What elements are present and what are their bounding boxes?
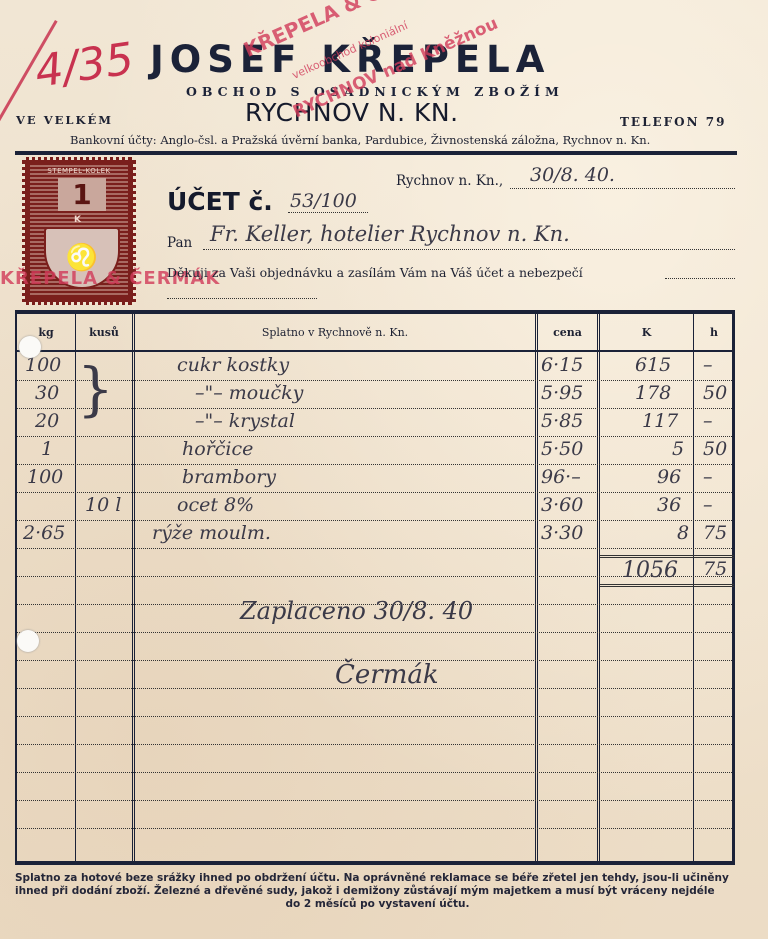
row-2-kg: 20 xyxy=(35,410,59,432)
invoice-number: 53/100 xyxy=(290,190,357,212)
punch-hole xyxy=(19,336,41,358)
items-table: kg kusů Splatno v Rychnově n. Kn. cena K… xyxy=(15,310,735,865)
row-rule xyxy=(17,380,732,381)
row-4-price: 96·– xyxy=(541,466,581,488)
invoice-number-line xyxy=(288,212,368,213)
row-2-price: 5·85 xyxy=(541,410,583,432)
row-4-haler: – xyxy=(703,466,713,488)
stamp-value: 1 xyxy=(58,178,106,211)
row-0-haler: – xyxy=(703,354,713,376)
row-1-haler: 50 xyxy=(703,382,727,404)
row-4-desc: brambory xyxy=(182,466,276,488)
row-rule xyxy=(17,632,732,633)
row-1-price: 5·95 xyxy=(541,382,583,404)
row-3-price: 5·50 xyxy=(541,438,583,460)
row-4-kg: 100 xyxy=(27,466,63,488)
header-rule xyxy=(17,350,732,352)
customer-name: Fr. Keller, hotelier Rychnov n. Kn. xyxy=(210,222,570,246)
total-haler: 75 xyxy=(703,558,727,580)
header-price: cena xyxy=(538,326,597,339)
row-2-koruna: 117 xyxy=(642,410,678,432)
date-line xyxy=(510,188,735,189)
terms-line-3: do 2 měsíců po vystavení účtu. xyxy=(15,898,740,911)
row-1-kg: 30 xyxy=(35,382,59,404)
total-rule xyxy=(600,584,734,587)
header-description: Splatno v Rychnově n. Kn. xyxy=(135,326,535,339)
phone-number: TELEFON 79 xyxy=(620,115,726,129)
row-4-koruna: 96 xyxy=(657,466,681,488)
header-koruna: K xyxy=(600,326,693,339)
bank-accounts: Bankovní účty: Anglo-čsl. a Pražská úvěr… xyxy=(70,133,650,147)
row-5-kusu: 10 l xyxy=(85,494,121,516)
stamp-unit: K xyxy=(74,215,81,225)
row-2-haler: – xyxy=(703,410,713,432)
row-rule xyxy=(17,548,732,549)
row-rule xyxy=(17,828,732,829)
row-5-haler: – xyxy=(703,494,713,516)
row-1-koruna: 178 xyxy=(635,382,671,404)
place-label: Rychnov n. Kn., xyxy=(396,173,503,189)
row-6-price: 3·30 xyxy=(541,522,583,544)
row-6-haler: 75 xyxy=(703,522,727,544)
col-divider-cena xyxy=(597,314,600,861)
row-rule xyxy=(17,464,732,465)
row-3-haler: 50 xyxy=(703,438,727,460)
row-5-koruna: 36 xyxy=(657,494,681,516)
row-rule xyxy=(17,716,732,717)
terms-line-2: ihned při dodání zboží. Železné a dřevěn… xyxy=(15,885,740,898)
row-0-desc: cukr kostky xyxy=(177,354,289,376)
row-rule xyxy=(17,744,732,745)
row-2-desc: –"– krystal xyxy=(195,410,295,432)
thanks-line-2 xyxy=(167,298,317,299)
col-divider-desc xyxy=(535,314,538,861)
row-1-desc: –"– moučky xyxy=(195,382,303,404)
row-0-price: 6·15 xyxy=(541,354,583,376)
payment-note: Zaplaceno 30/8. 40 xyxy=(240,597,473,625)
thanks-text: Děkuji za Vaši objednávku a zasílám Vám … xyxy=(167,265,583,280)
header-kusu: kusů xyxy=(75,326,133,339)
row-5-price: 3·60 xyxy=(541,494,583,516)
row-6-kg: 2·65 xyxy=(23,522,65,544)
row-3-desc: hořčice xyxy=(182,438,253,460)
header-haler: h xyxy=(694,326,734,339)
row-6-koruna: 8 xyxy=(677,522,689,544)
wholesale-label: VE VELKÉM xyxy=(16,113,113,127)
invoice-title: ÚČET č. xyxy=(167,187,273,216)
row-rule xyxy=(17,408,732,409)
row-rule xyxy=(17,436,732,437)
signature: Čermák xyxy=(335,660,439,690)
brace-mark: } xyxy=(77,360,114,418)
col-divider-kg xyxy=(75,314,76,861)
customer-line xyxy=(203,249,735,250)
row-rule xyxy=(17,800,732,801)
row-rule xyxy=(17,520,732,521)
header-divider xyxy=(15,151,737,155)
payment-terms: Splatno za hotové beze srážky ihned po o… xyxy=(15,872,740,911)
terms-line-1: Splatno za hotové beze srážky ihned po o… xyxy=(15,872,740,885)
invoice-date: 30/8. 40. xyxy=(530,164,615,186)
row-5-desc: ocet 8% xyxy=(177,494,254,516)
row-6-desc: rýže moulm. xyxy=(152,522,271,544)
row-0-koruna: 615 xyxy=(635,354,671,376)
customer-label: Pan xyxy=(167,235,192,251)
col-divider-k xyxy=(693,314,694,861)
company-city: RYCHNOV N. KN. xyxy=(245,98,459,127)
row-3-kg: 1 xyxy=(41,438,53,460)
row-3-koruna: 5 xyxy=(672,438,684,460)
row-rule xyxy=(17,772,732,773)
thanks-line xyxy=(665,278,735,279)
row-rule xyxy=(17,492,732,493)
total-koruna: 1056 xyxy=(622,558,678,583)
col-divider-kusu xyxy=(132,314,135,861)
red-file-number: 4/35 xyxy=(32,33,137,97)
punch-hole xyxy=(17,630,39,652)
stamp-top-text: STEMPEL-KOLEK xyxy=(30,167,128,175)
